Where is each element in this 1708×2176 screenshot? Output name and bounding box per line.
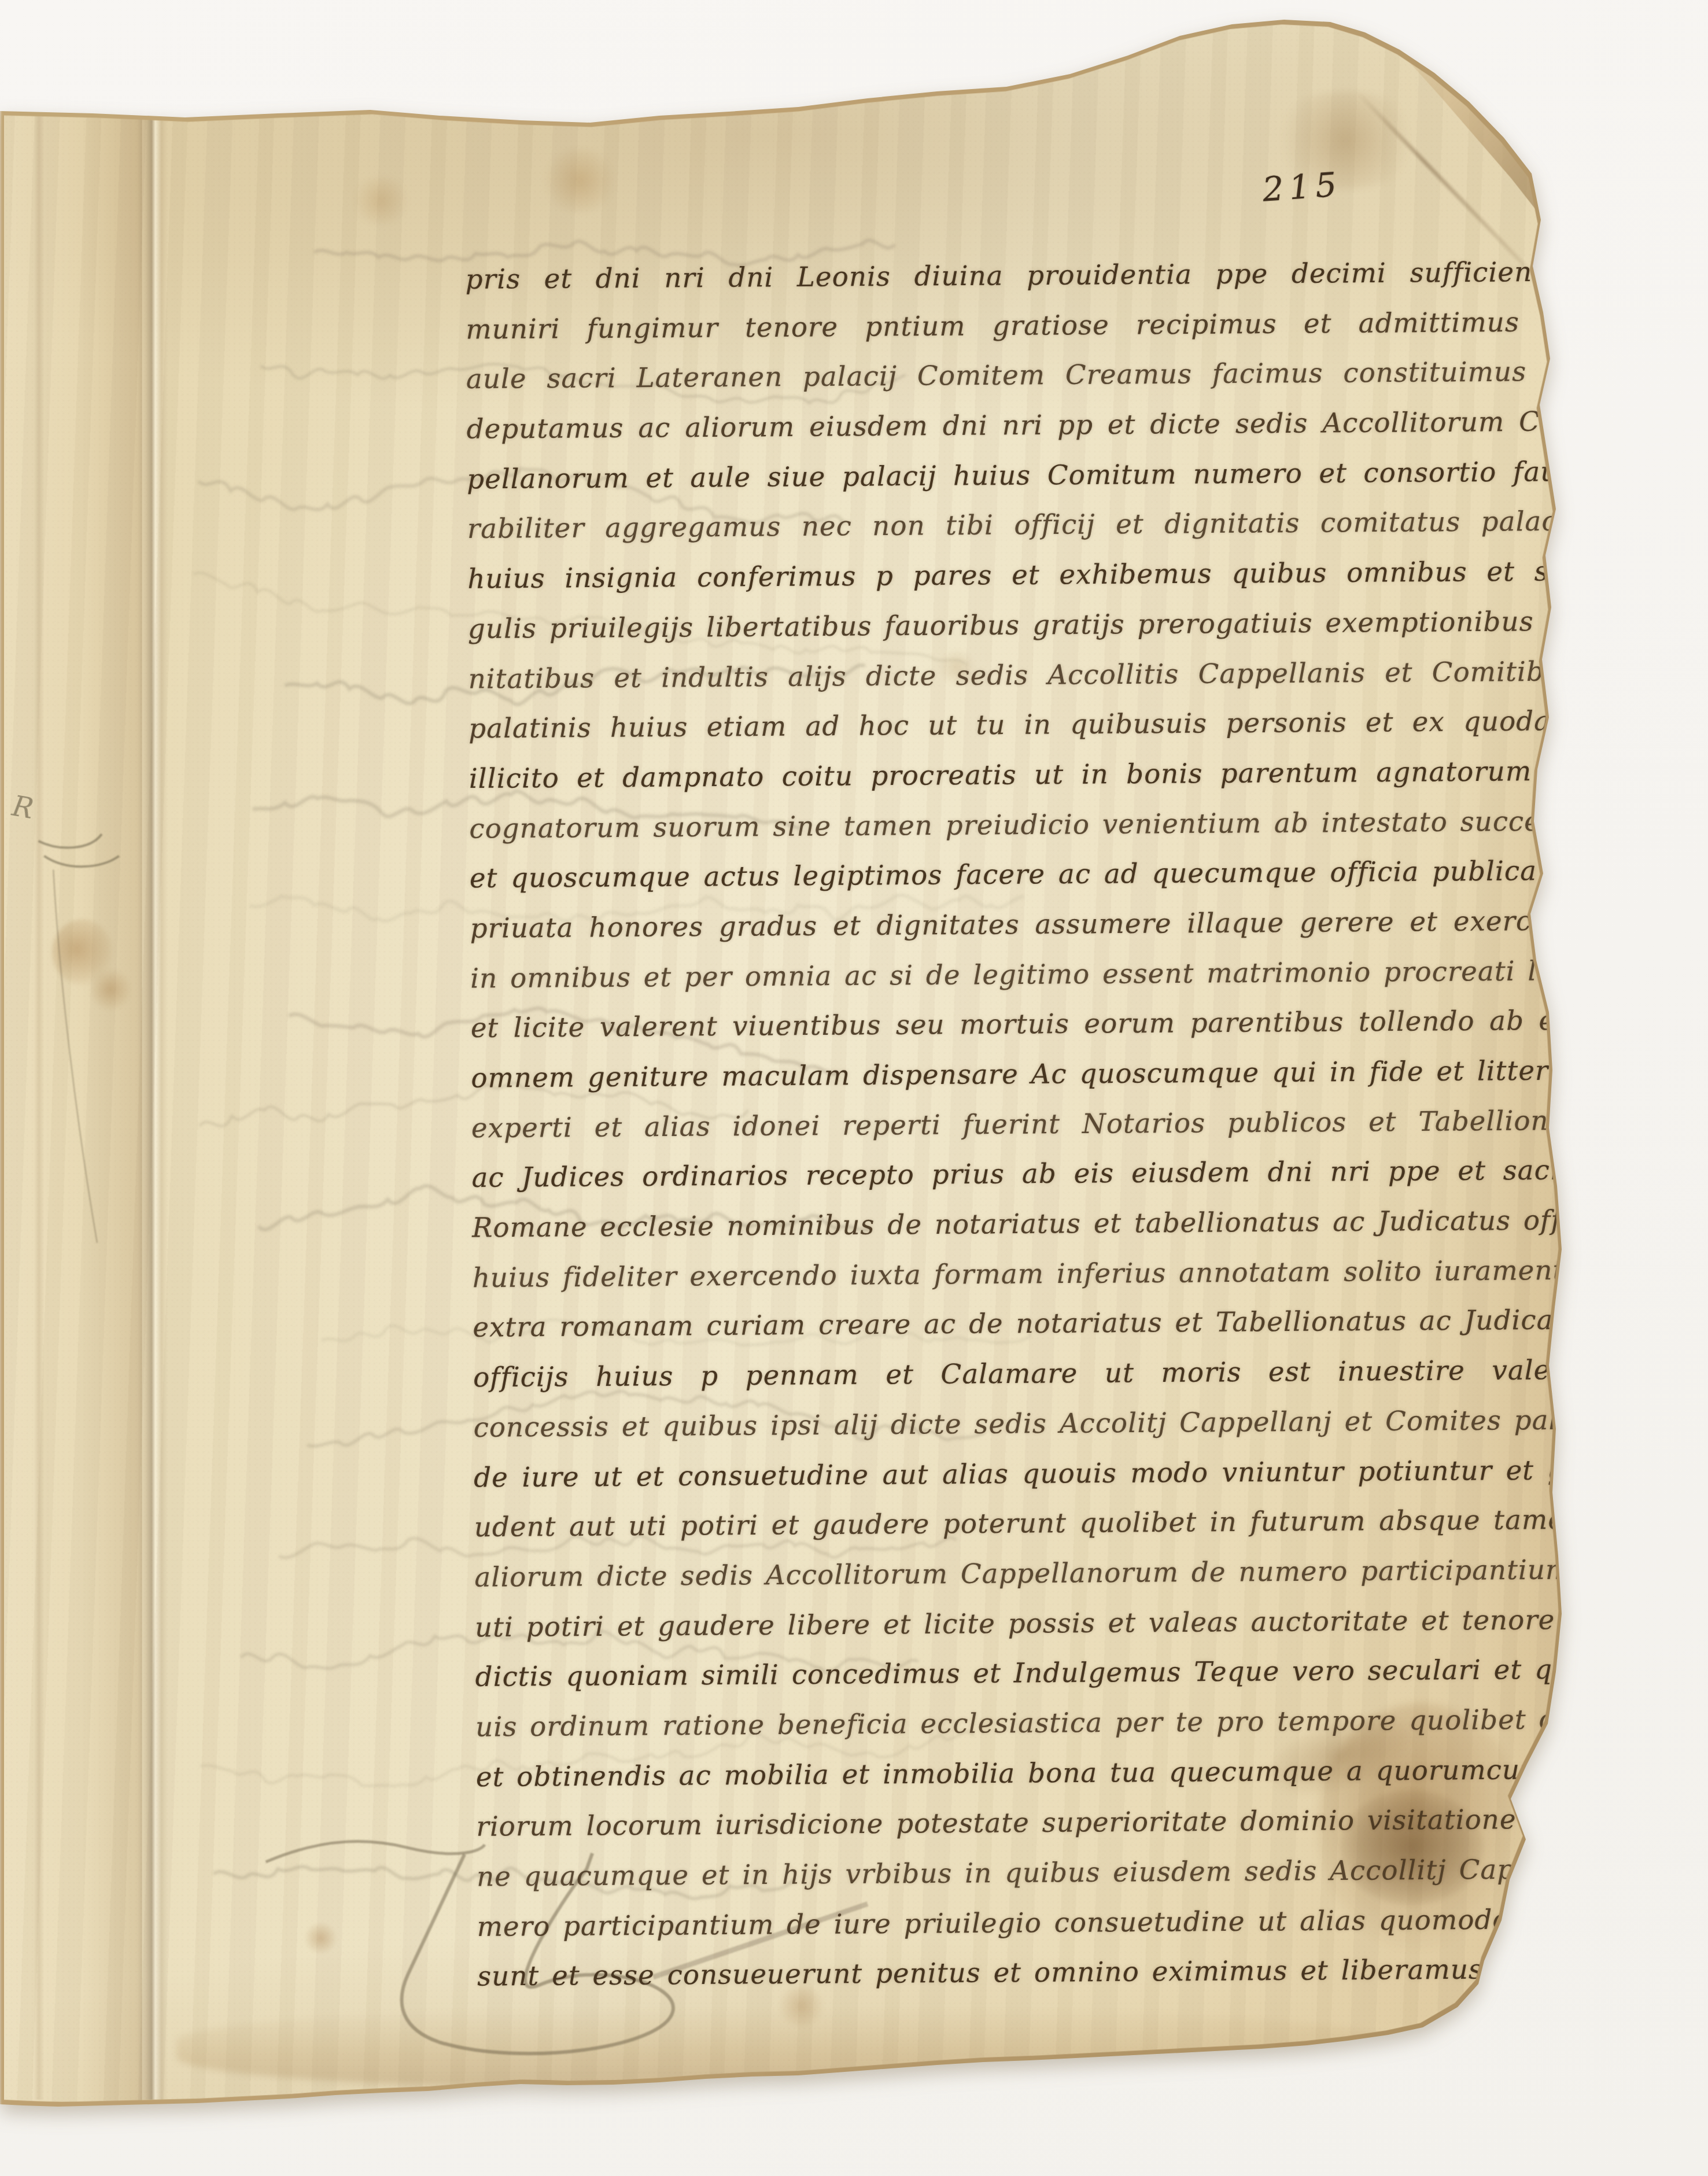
manuscript-line: sunt et esse consueuerunt penitus et omn… [477, 1945, 1586, 2002]
manuscript-line: rabiliter aggregamus nec non tibi offici… [467, 497, 1576, 555]
parchment-surface: pris et dni nri dni Leonis diuina prouid… [4, 5, 1705, 2171]
scan-background: pris et dni nri dni Leonis diuina prouid… [0, 0, 1708, 2176]
manuscript-line: et licite valerent viuentibus seu mortui… [471, 996, 1580, 1054]
manuscript-line: illicito et dampnato coitu procreatis ut… [468, 747, 1577, 805]
manuscript-line: huius insignia conferimus p pares et exh… [467, 547, 1576, 605]
manuscript-line: et obtinendis ac mobilia et inmobilia bo… [476, 1745, 1585, 1803]
manuscript-line: uis ordinum ratione beneficia ecclesiast… [475, 1695, 1584, 1753]
manuscript-line: nitatibus et indultis alijs dicte sedis … [468, 647, 1577, 705]
manuscript-page: pris et dni nri dni Leonis diuina prouid… [0, 0, 1708, 2176]
page-number: 215 [1261, 164, 1343, 209]
manuscript-line: aliorum dicte sedis Accollitorum Cappell… [474, 1546, 1583, 1603]
manuscript-line: palatinis huius etiam ad hoc ut tu in qu… [468, 697, 1577, 755]
manuscript-line: huius fideliter exercendo iuxta formam i… [473, 1246, 1581, 1304]
manuscript-line: aule sacri Lateranen palacij Comitem Cre… [466, 347, 1575, 405]
manuscript-line: deputamus ac aliorum eiusdem dni nri pp … [466, 397, 1575, 455]
manuscript-line: muniri fungimur tenore pntium gratiose r… [466, 297, 1574, 355]
manuscript-line: udent aut uti potiri et gaudere poterunt… [474, 1495, 1583, 1553]
manuscript-line: pellanorum et aule siue palacij huius Co… [467, 447, 1576, 505]
manuscript-line: gulis priuilegijs libertatibus fauoribus… [468, 597, 1577, 655]
manuscript-line: in omnibus et per omnia ac si de legitim… [470, 946, 1579, 1004]
manuscript-line: mero participantium de iure priuilegio c… [477, 1895, 1585, 1953]
manuscript-text: pris et dni nri dni Leonis diuina prouid… [465, 248, 1585, 2002]
manuscript-line: uti potiri et gaudere libere et licite p… [475, 1595, 1584, 1653]
manuscript-line: dictis quoniam simili concedimus et Indu… [475, 1645, 1584, 1703]
manuscript-line: extra romanam curiam creare ac de notari… [473, 1296, 1581, 1353]
manuscript-line: concessis et quibus ipsi alij dicte sedi… [473, 1396, 1582, 1454]
manuscript-line: cognatorum suorum sine tamen preiudicio … [469, 796, 1578, 854]
manuscript-line: riorum locorum iurisdicione potestate su… [476, 1795, 1585, 1853]
manuscript-line: de iure ut et consuetudine aut alias quo… [474, 1445, 1582, 1503]
manuscript-line: pris et dni nri dni Leonis diuina prouid… [465, 248, 1574, 305]
manuscript-line: ac Judices ordinarios recepto prius ab e… [471, 1146, 1580, 1204]
manuscript-line: officijs huius p pennam et Calamare ut m… [473, 1345, 1582, 1403]
manuscript-line: Romane ecclesie nominibus de notariatus … [472, 1196, 1581, 1253]
manuscript-line: omnem geniture maculam dispensare Ac quo… [471, 1046, 1580, 1104]
manuscript-line: experti et alias idonei reperti fuerint … [471, 1096, 1580, 1154]
manuscript-line: ne quacumque et in hijs vrbibus in quibu… [477, 1845, 1585, 1902]
manuscript-line: priuata honores gradus et dignitates ass… [470, 897, 1578, 954]
manuscript-line: et quoscumque actus legiptimos facere ac… [470, 846, 1578, 904]
